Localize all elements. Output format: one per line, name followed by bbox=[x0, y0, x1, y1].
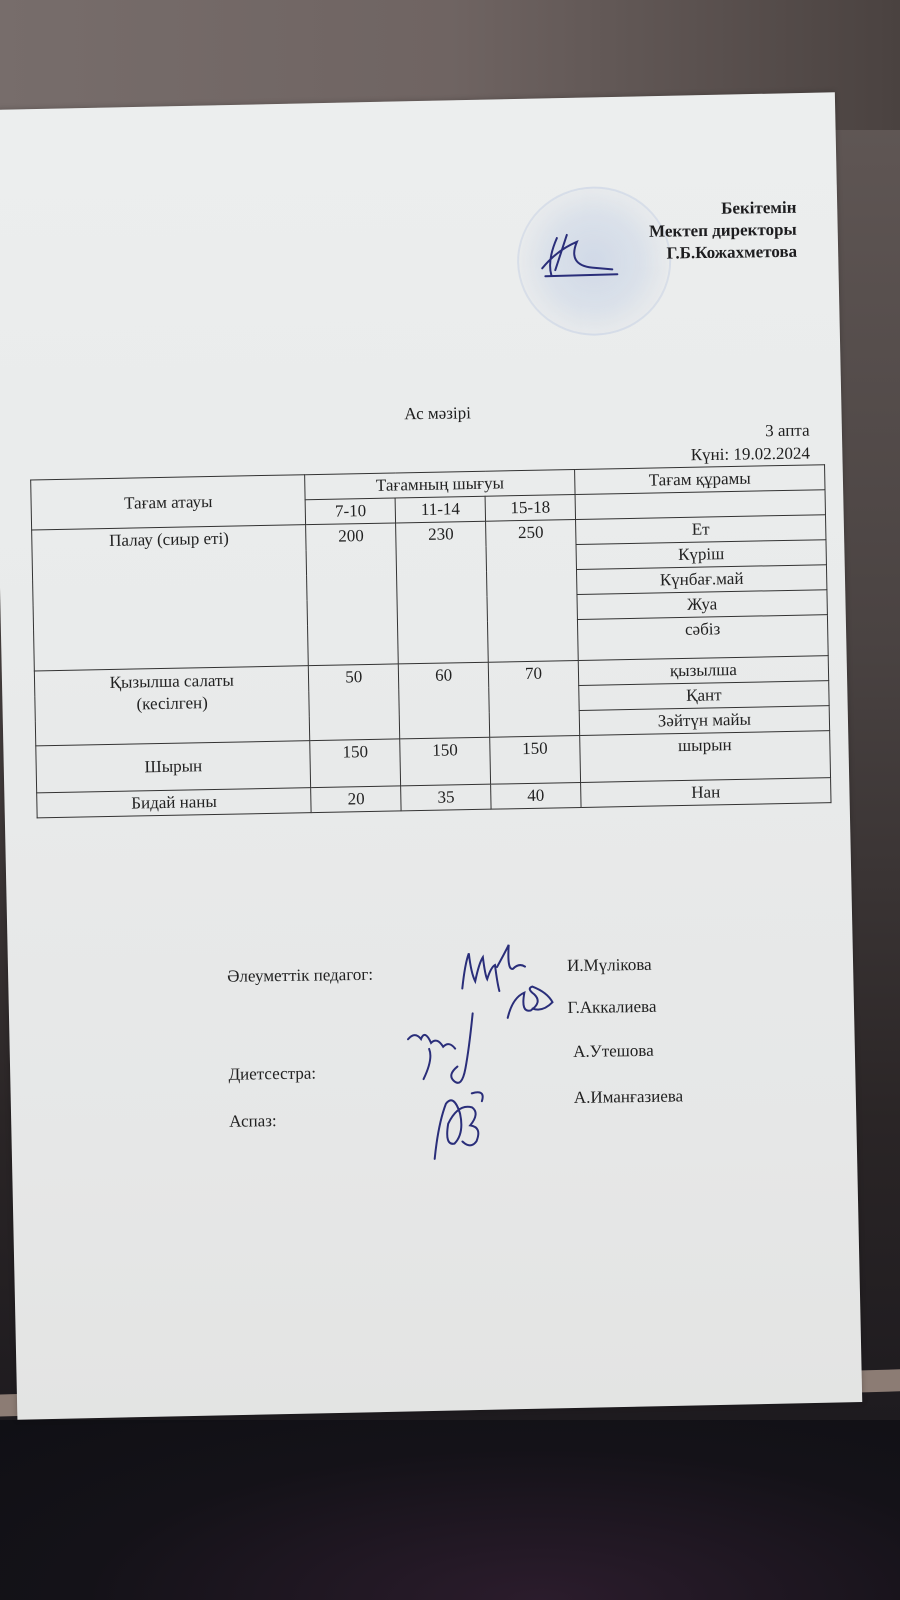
approval-heading: Бекітемін bbox=[649, 197, 797, 221]
portion-11-14: 60 bbox=[398, 662, 489, 739]
document-page: Бекітемін Мектеп директоры Г.Б.Кожахмето… bbox=[0, 92, 862, 1419]
dish-name: Қызылша салаты (кесілген) bbox=[34, 666, 310, 746]
approval-position: Мектеп директоры bbox=[649, 219, 797, 243]
header-age-15-18: 15-18 bbox=[485, 495, 575, 522]
menu-table: Тағам атауы Тағамның шығуы Тағам құрамы … bbox=[30, 464, 831, 818]
ingredient: сәбіз bbox=[577, 615, 828, 661]
name-second-signer: Г.Аккалиева bbox=[567, 997, 656, 1018]
signature-block: Әлеуметтік педагог: И.Мүлікова Г.Аккалие… bbox=[227, 939, 790, 1197]
portion-15-18: 70 bbox=[488, 660, 579, 737]
week-label: 3 апта bbox=[765, 421, 810, 442]
portion-7-10: 50 bbox=[309, 664, 400, 741]
name-dietitian: А.Утешова bbox=[573, 1041, 654, 1062]
role-dietitian: Диетсестра: bbox=[228, 1064, 316, 1085]
approval-block: Бекітемін Мектеп директоры Г.Б.Кожахмето… bbox=[649, 197, 798, 265]
role-cook: Аспаз: bbox=[229, 1111, 277, 1132]
portion-11-14: 230 bbox=[396, 521, 489, 664]
approval-signer: Г.Б.Кожахметова bbox=[649, 241, 797, 265]
signature-second-signer bbox=[502, 982, 563, 1023]
portion-7-10: 150 bbox=[310, 739, 401, 788]
date-label: Күні: 19.02.2024 bbox=[691, 444, 810, 466]
portion-11-14: 150 bbox=[400, 737, 491, 786]
portion-15-18: 40 bbox=[491, 782, 581, 809]
ingredient: Нан bbox=[581, 778, 832, 808]
ingredient: шырын bbox=[580, 731, 831, 783]
name-cook: А.Иманғазиева bbox=[574, 1086, 684, 1108]
director-signature bbox=[537, 229, 628, 280]
background-desk bbox=[0, 1420, 900, 1600]
portion-11-14: 35 bbox=[401, 784, 491, 811]
role-social-pedagogue: Әлеуметтік педагог: bbox=[227, 965, 373, 987]
dish-name: Шырын bbox=[36, 741, 311, 793]
dish-name: Бидай наны bbox=[37, 788, 312, 818]
header-dish-name: Тағам атауы bbox=[31, 475, 306, 530]
signature-cook bbox=[424, 1083, 495, 1164]
name-social-pedagogue: И.Мүлікова bbox=[567, 955, 652, 976]
portion-7-10: 200 bbox=[306, 523, 399, 666]
signature-dietitian bbox=[403, 1008, 494, 1094]
portion-7-10: 20 bbox=[311, 786, 401, 813]
dish-name: Палау (сиыр еті) bbox=[32, 525, 309, 671]
document-title: Ас мәзірі bbox=[404, 403, 471, 424]
header-age-7-10: 7-10 bbox=[305, 498, 395, 525]
portion-15-18: 250 bbox=[486, 520, 579, 663]
portion-15-18: 150 bbox=[490, 735, 581, 784]
header-age-11-14: 11-14 bbox=[395, 496, 485, 523]
